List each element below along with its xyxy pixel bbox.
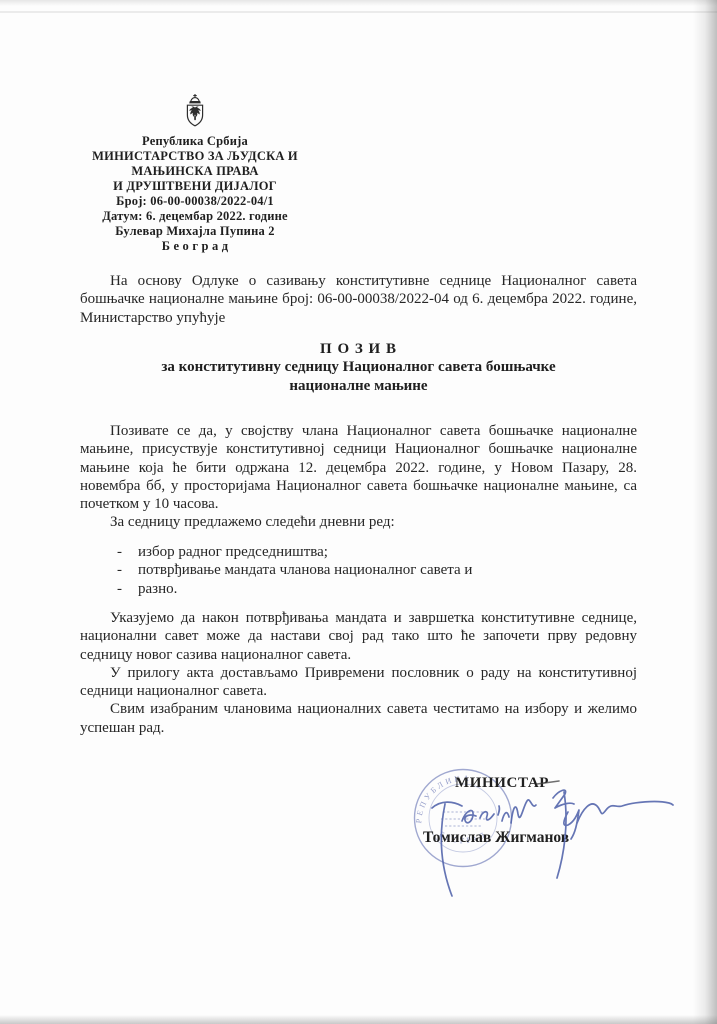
intro-paragraph-block: На основу Одлуке о сазивању конститутивн… [80,272,637,327]
invitation-paragraph: Позивате се да, у својству члана Национа… [80,422,637,513]
letterhead-ministry-3: И ДРУШТВЕНИ ДИЈАЛОГ [82,179,308,194]
scan-edge-right [693,0,717,1024]
document-title: П О З И В [80,340,637,358]
document-title-block: П О З И В за конститутивну седницу Нацио… [80,340,637,395]
note-paragraph-3: Свим изабраним члановима националних сав… [80,700,637,737]
scan-edge-top [0,0,717,6]
letterhead-ministry-2: МАЊИНСКА ПРАВА [82,164,308,179]
agenda-item-label: разно. [138,580,177,598]
agenda-dash: - [80,543,138,561]
letterhead-ministry-1: МИНИСТАРСТВО ЗА ЉУДСКА И [82,149,308,164]
scan-edge-bottom [0,1015,717,1024]
letterhead-country: Република Србија [82,134,308,149]
agenda-item: - потврђивање мандата чланова национално… [80,561,637,579]
letterhead-city: Б е о г р а д [82,239,308,254]
closing-paragraphs-block: Указујемо да након потврђивања мандата и… [80,609,637,737]
agenda-dash: - [80,561,138,579]
agenda-list: - избор радног председништва; - потврђив… [80,543,637,598]
document-subtitle-line1: за конститутивну седницу Националног сав… [80,358,637,376]
note-paragraph-1: Указујемо да након потврђивања мандата и… [80,609,637,664]
intro-paragraph: На основу Одлуке о сазивању конститутивн… [80,272,637,327]
invitation-block: Позивате се да, у својству члана Национа… [80,422,637,532]
letterhead-address: Булевар Михајла Пупина 2 [82,224,308,239]
letterhead: Република Србија МИНИСТАРСТВО ЗА ЉУДСКА … [82,93,308,254]
letterhead-date: Датум: 6. децембар 2022. године [82,209,308,224]
agenda-item: - разно. [80,580,637,598]
serbia-coat-of-arms-icon [82,93,308,129]
scanned-letter-page: Република Србија МИНИСТАРСТВО ЗА ЉУДСКА … [0,0,717,1024]
agenda-intro-line: За седницу предлажемо следећи дневни ред… [80,513,637,531]
handwritten-signature [405,755,675,945]
agenda-item: - избор радног председништва; [80,543,637,561]
scan-fold-line [0,11,717,13]
agenda-item-label: потврђивање мандата чланова националног … [138,561,472,579]
note-paragraph-2: У прилогу акта достављамо Привремени пос… [80,664,637,701]
agenda-item-label: избор радног председништва; [138,543,328,561]
agenda-dash: - [80,580,138,598]
document-subtitle-line2: националне мањине [80,377,637,395]
letterhead-number: Број: 06-00-00038/2022-04/1 [82,194,308,209]
